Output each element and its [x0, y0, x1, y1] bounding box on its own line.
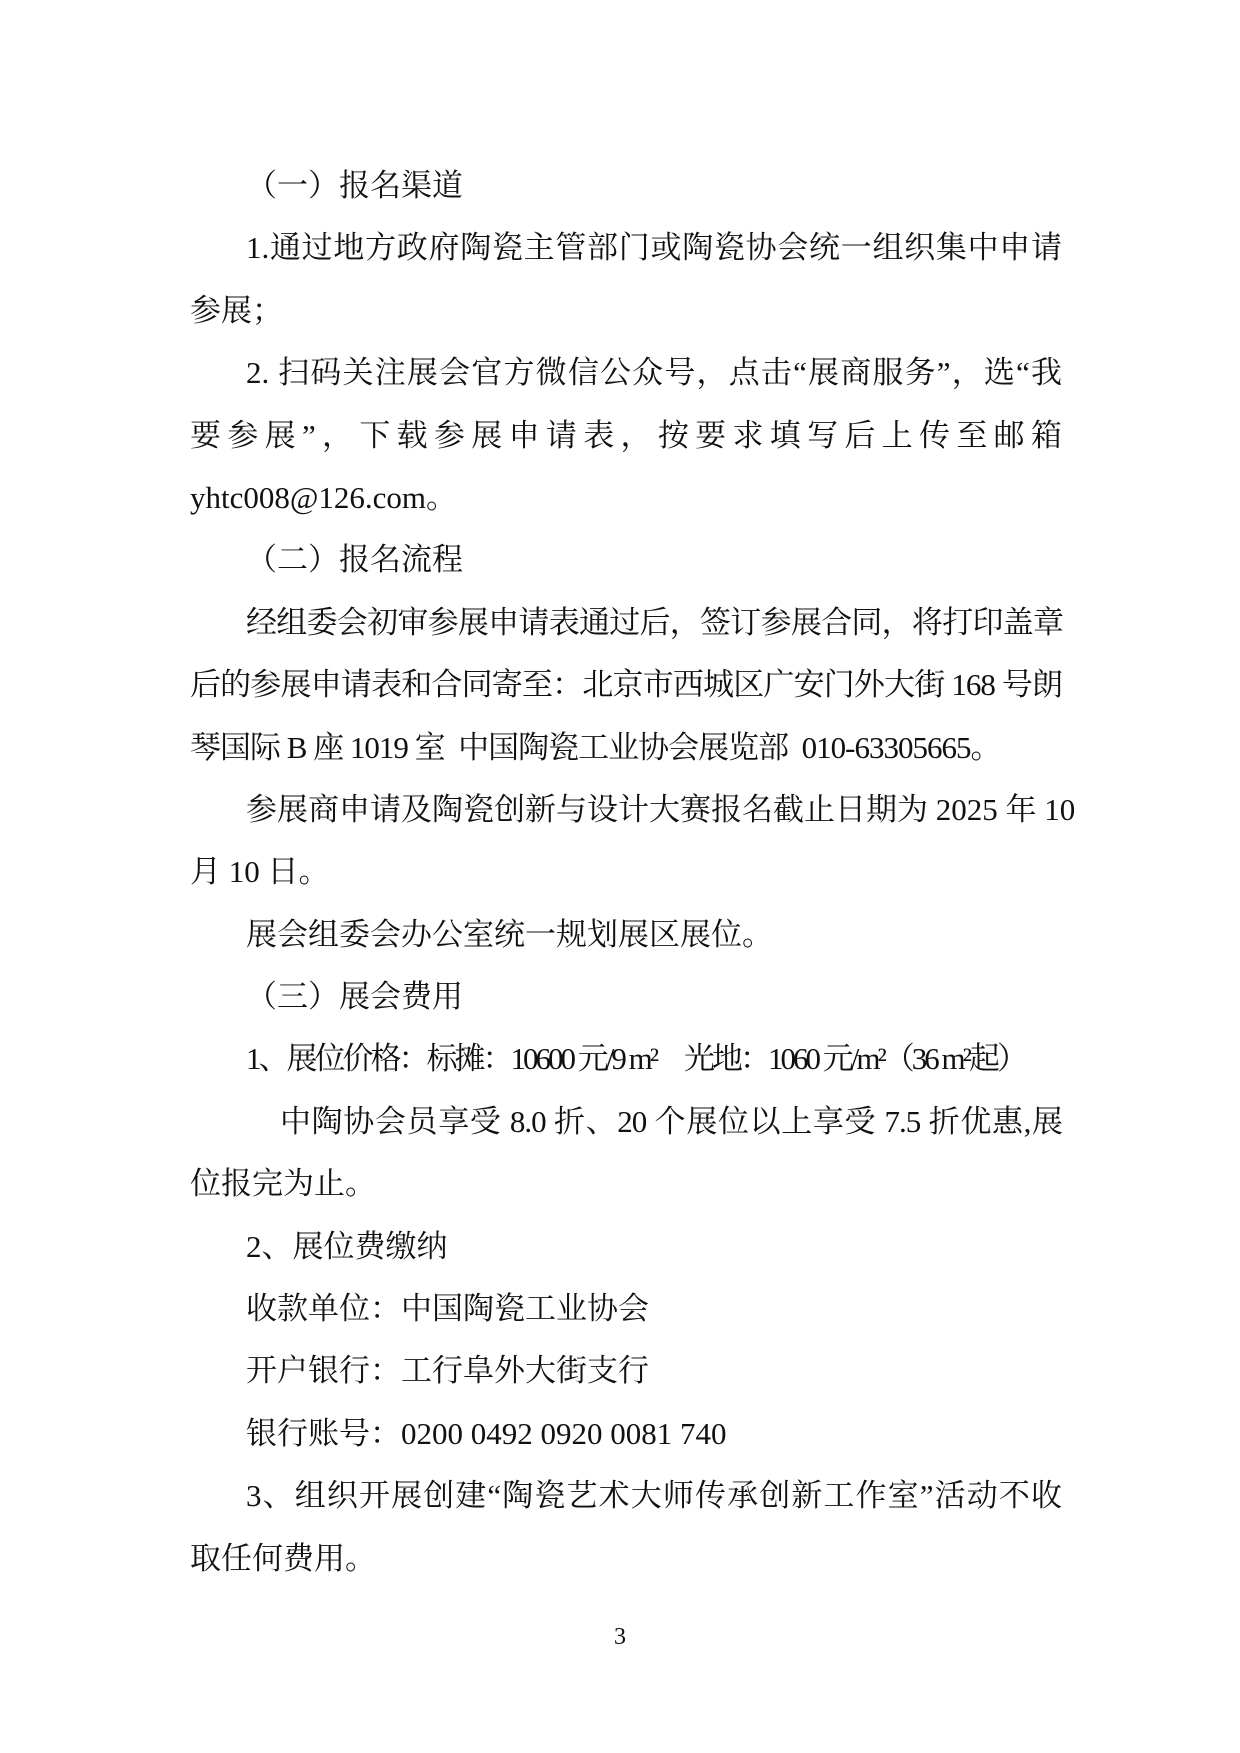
text-line: 2、展位费缴纳	[190, 1216, 1062, 1278]
payee-line: 收款单位：中国陶瓷工业协会	[190, 1278, 1062, 1340]
section-heading-1: （一）报名渠道	[190, 155, 1062, 217]
text-line: 参展；	[190, 280, 1062, 342]
text-line: 后的参展申请表和合同寄至：北京市西城区广安门外大街 168 号朗	[190, 654, 1062, 716]
text-line: 月 10 日。	[190, 841, 1062, 903]
document-page: （一）报名渠道 1.通过地方政府陶瓷主管部门或陶瓷协会统一组织集中申请 参展； …	[0, 0, 1240, 1753]
text-line: 要参展”，下载参展申请表，按要求填写后上传至邮箱	[190, 405, 1062, 467]
discount-line: 中陶协会员享受 8.0 折、20 个展位以上享受 7.5 折优惠,展	[190, 1091, 1062, 1153]
section-heading-3: （三）展会费用	[190, 966, 1062, 1028]
document-body: （一）报名渠道 1.通过地方政府陶瓷主管部门或陶瓷协会统一组织集中申请 参展； …	[190, 155, 1062, 1590]
text-line: 琴国际 B 座 1019 室 中国陶瓷工业协会展览部 010-63305665。	[190, 717, 1062, 779]
bank-line: 开户银行：工行阜外大街支行	[190, 1340, 1062, 1402]
page-number: 3	[0, 1622, 1240, 1652]
text-line: 展会组委会办公室统一规划展区展位。	[190, 904, 1062, 966]
text-line: 参展商申请及陶瓷创新与设计大赛报名截止日期为 2025 年 10	[190, 779, 1062, 841]
text-line: 3、组织开展创建“陶瓷艺术大师传承创新工作室”活动不收	[190, 1465, 1062, 1527]
section-heading-2: （二）报名流程	[190, 529, 1062, 591]
text-line: 位报完为止。	[190, 1153, 1062, 1215]
booth-price-line: 1、展位价格：标摊：10600 元/9 m² 光地：1060 元/m²（36 m…	[190, 1028, 1062, 1090]
text-line: 取任何费用。	[190, 1528, 1062, 1590]
text-line: 经组委会初审参展申请表通过后，签订参展合同，将打印盖章	[190, 592, 1062, 654]
text-line: 2. 扫码关注展会官方微信公众号，点击“展商服务”，选“我	[190, 342, 1062, 404]
account-number-line: 银行账号：0200 0492 0920 0081 740	[190, 1403, 1062, 1465]
email-text: yhtc008@126.com。	[190, 467, 1062, 529]
text-line: 1.通过地方政府陶瓷主管部门或陶瓷协会统一组织集中申请	[190, 217, 1062, 279]
